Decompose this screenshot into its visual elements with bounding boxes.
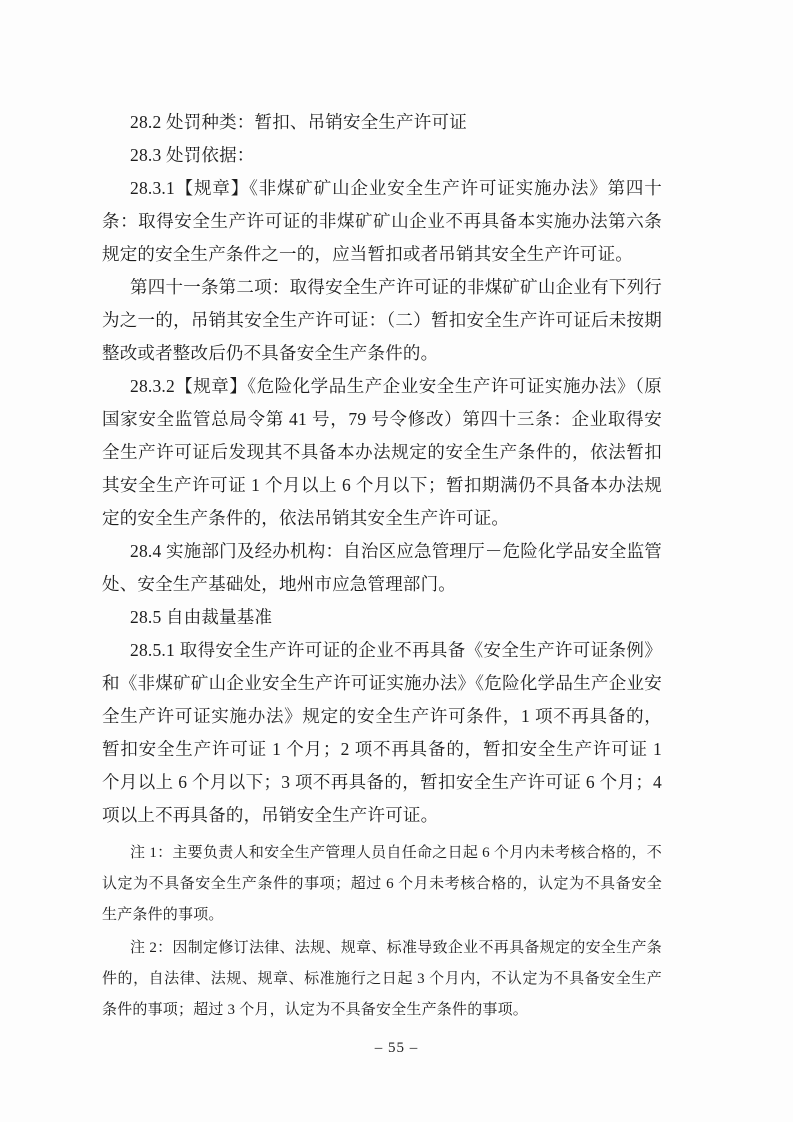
paragraph-28-3-penalty-basis: 28.3 处罚依据： bbox=[102, 139, 662, 172]
note-2: 注 2：因制定修订法律、法规、规章、标准导致企业不再具备规定的安全生产条件的，自… bbox=[102, 933, 662, 1026]
paragraph-article-41-item-2: 第四十一条第二项：取得安全生产许可证的非煤矿矿山企业有下列行为之一的，吊销其安全… bbox=[102, 271, 662, 370]
paragraph-28-5-1-discretion-benchmark: 28.5.1 取得安全生产许可证的企业不再具备《安全生产许可证条例》和《非煤矿矿… bbox=[102, 634, 662, 832]
notes-block: 注 1：主要负责人和安全生产管理人员自任命之日起 6 个月内未考核合格的，不认定… bbox=[102, 838, 662, 1026]
note-1: 注 1：主要负责人和安全生产管理人员自任命之日起 6 个月内未考核合格的，不认定… bbox=[102, 838, 662, 931]
document-body: 28.2 处罚种类：暂扣、吊销安全生产许可证 28.3 处罚依据： 28.3.1… bbox=[102, 106, 662, 1026]
paragraph-28-3-2-regulation: 28.3.2【规章】《危险化学品生产企业安全生产许可证实施办法》（原国家安全监管… bbox=[102, 370, 662, 535]
paragraph-28-4-implementing-department: 28.4 实施部门及经办机构：自治区应急管理厅－危险化学品安全监管处、安全生产基… bbox=[102, 535, 662, 601]
page-footer: – 55 – bbox=[0, 1040, 793, 1057]
paragraph-28-5-discretion-benchmark-heading: 28.5 自由裁量基准 bbox=[102, 601, 662, 634]
document-page: 28.2 处罚种类：暂扣、吊销安全生产许可证 28.3 处罚依据： 28.3.1… bbox=[0, 0, 793, 1122]
page-number: – 55 – bbox=[375, 1040, 419, 1056]
paragraph-28-2-penalty-type: 28.2 处罚种类：暂扣、吊销安全生产许可证 bbox=[102, 106, 662, 139]
paragraph-28-3-1-regulation: 28.3.1【规章】《非煤矿矿山企业安全生产许可证实施办法》第四十条：取得安全生… bbox=[102, 172, 662, 271]
